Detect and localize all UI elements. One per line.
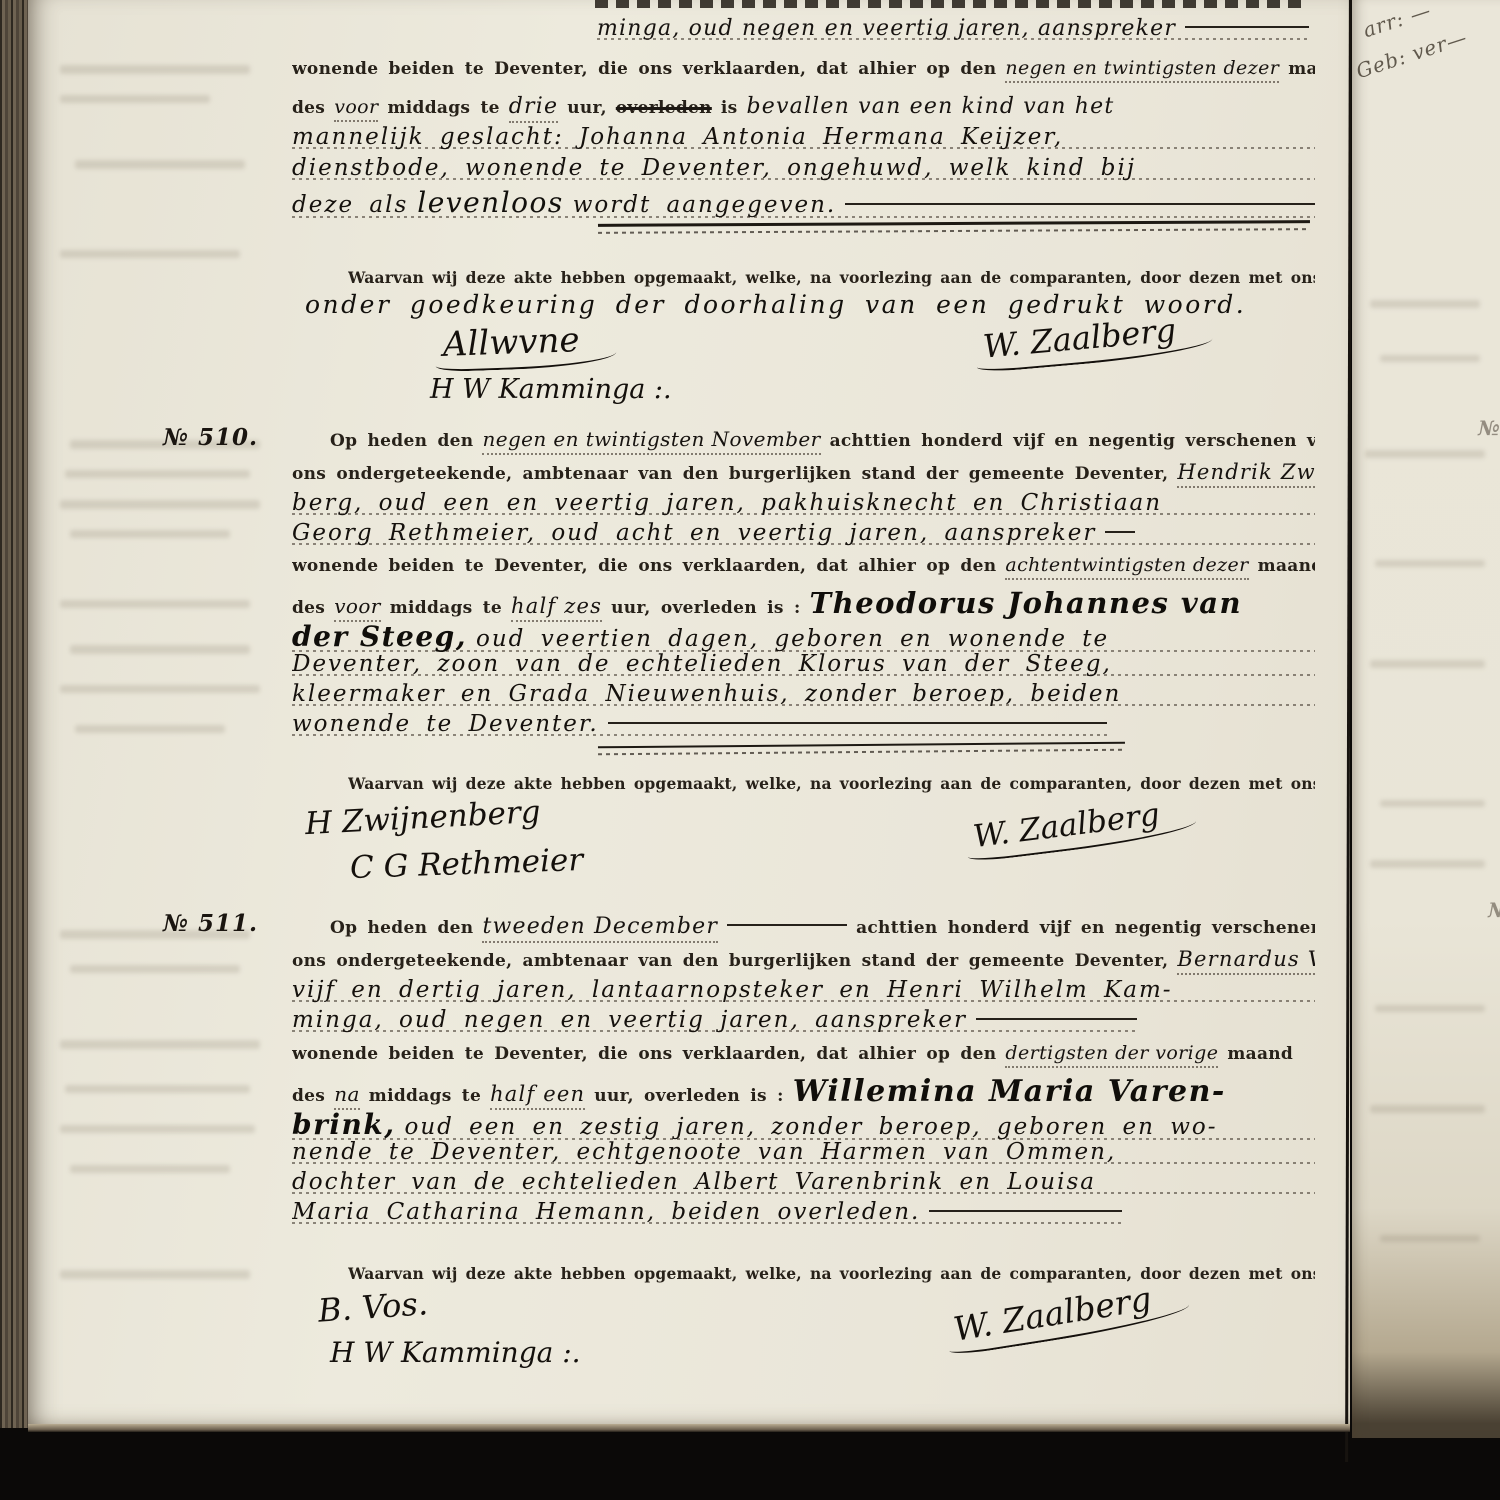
akte-511-line-10: Maria Catharina Hemann, beiden overleden…: [292, 1199, 1122, 1225]
akte-510-line-9: kleermaker en Grada Nieuwenhuis, zonder …: [292, 681, 1315, 707]
handwritten-text: oud een en zestig jaren, zonder beroep, …: [404, 1114, 1217, 1140]
akte-510-line-8: Deventer, zoon van de echtelieden Klorus…: [292, 651, 1315, 677]
bleed-through-mark: [70, 645, 250, 654]
handwritten-text: Deventer, zoon van de echtelieden Klorus…: [292, 651, 1112, 677]
akte-510-line-2: ons ondergeteekende, ambtenaar van den b…: [292, 460, 1315, 488]
bleed-through-mark: [60, 1125, 255, 1133]
akte-511-line-4: minga, oud negen en veertig jaren, aansp…: [292, 1007, 1137, 1033]
printed-text: des: [292, 1086, 325, 1106]
akte-511-line-6: des na middags te half een uur, overlede…: [292, 1074, 1315, 1110]
akte-510-line-7: der Steeg, oud veertien dagen, geboren e…: [292, 620, 1315, 653]
handwritten-text: wordt aangegeven.: [573, 192, 836, 218]
handwritten-text: Hendrik Zwijnen-: [1177, 460, 1315, 488]
handwritten-text: wonende te Deventer.: [292, 711, 599, 737]
printed-text: wonende beiden te Deventer, die ons verk…: [292, 59, 996, 79]
handwritten-text: levenloos: [417, 186, 564, 219]
top-entry-line-6: deze als levenloos wordt aangegeven.: [292, 186, 1315, 219]
akte-510-line-4: Georg Rethmeier, oud acht en veertig jar…: [292, 520, 1315, 546]
printed-text: ons ondergeteekende, ambtenaar van den b…: [292, 464, 1168, 484]
top-entry-line-5: dienstbode, wonende te Deventer, ongehuw…: [292, 155, 1315, 181]
bleed-through-mark: [60, 65, 250, 74]
fill-rule: [1105, 531, 1135, 533]
top-entry-line-2: wonende beiden te Deventer, die ons verk…: [292, 57, 1315, 83]
fill-rule: [976, 1018, 1137, 1020]
register-scan: arr: — Geb: ver— № № minga, oud negen en…: [0, 0, 1500, 1500]
bleed-through-mark: [1370, 860, 1485, 868]
printed-text: wonende beiden te Deventer, die ons verk…: [292, 556, 996, 576]
handwritten-text: drie: [509, 94, 558, 123]
bleed-through-mark: [75, 160, 245, 169]
handwritten-text: onder goedkeuring der doorhaling van een…: [305, 290, 1246, 319]
bleed-through-mark: [1370, 660, 1485, 668]
akte-511-line-2: ons ondergeteekende, ambtenaar van den b…: [292, 947, 1315, 975]
handwritten-text: deze als: [292, 192, 408, 218]
akte-510-line-3: berg, oud een en veertig jaren, pakhuisk…: [292, 490, 1315, 516]
printed-text: is: [721, 98, 738, 118]
handwritten-text: dertigsten der vorige: [1005, 1042, 1218, 1068]
handwritten-text: nende te Deventer, echtgenoote van Harme…: [292, 1139, 1116, 1165]
handwritten-text: minga, oud negen en veertig jaren, aansp…: [597, 16, 1176, 41]
fill-rule: [929, 1210, 1122, 1212]
handwritten-text: negen en twintigsten dezer: [1005, 57, 1279, 83]
printed-text: uur, overleden is :: [594, 1086, 783, 1106]
bleed-through-mark: [1380, 800, 1485, 807]
handwritten-text: bevallen van een kind van het: [746, 94, 1114, 119]
handwritten-text: kleermaker en Grada Nieuwenhuis, zonder …: [292, 681, 1121, 707]
cutoff-line-fragment: [595, 0, 1307, 8]
bleed-through-mark: [60, 95, 210, 103]
akte-511-line-3: vijf en dertig jaren, lantaarnopsteker e…: [292, 977, 1315, 1003]
handwritten-text: Georg Rethmeier, oud acht en veertig jar…: [292, 520, 1096, 546]
printed-text: middags te: [369, 1086, 481, 1106]
printed-text: wonende beiden te Deventer, die ons verk…: [292, 1044, 996, 1064]
handwritten-text: dochter van de echtelieden Albert Varenb…: [292, 1169, 1096, 1195]
handwritten-text: half een: [490, 1082, 585, 1110]
printed-text: ons ondergeteekende, ambtenaar van den b…: [292, 951, 1168, 971]
printed-text: achttien honderd vijf en negentig versch…: [856, 918, 1315, 938]
akte-511-line-1: Op heden den tweeden December achttien h…: [330, 914, 1315, 943]
akte-511-line-7: brink, oud een en zestig jaren, zonder b…: [292, 1108, 1315, 1141]
bleed-through-mark: [1365, 450, 1485, 458]
handwritten-text: minga, oud negen en veertig jaren, aansp…: [292, 1007, 967, 1033]
signature-declarant-1: B. Vos.: [317, 1284, 429, 1330]
printed-text: middags te: [387, 98, 499, 118]
bleed-through-mark: [1380, 1235, 1480, 1242]
printed-text: des: [292, 598, 325, 618]
handwritten-text: half zes: [511, 594, 602, 622]
handwritten-text: achtentwintigsten dezer: [1005, 554, 1248, 580]
akte-510-line-1: Op heden den negen en twintigsten Novemb…: [330, 427, 1315, 455]
handwritten-text: dienstbode, wonende te Deventer, ongehuw…: [292, 155, 1136, 181]
bleed-through-mark: [60, 685, 260, 693]
akte-number-510: № 510.: [163, 424, 258, 451]
blank-rule: [727, 924, 847, 926]
neighbor-page-number-mark: №: [1478, 416, 1500, 440]
handwritten-text: tweeden December: [482, 914, 718, 943]
handwritten-text: berg, oud een en veertig jaren, pakhuisk…: [292, 490, 1162, 516]
printed-text: maand: [1258, 556, 1315, 576]
handwritten-text: Maria Catharina Hemann, beiden overleden…: [292, 1199, 920, 1225]
handwritten-text: oud veertien dagen, geboren en wonende t…: [476, 626, 1109, 652]
handwritten-text: na: [334, 1082, 360, 1110]
printed-text: uur, overleden is :: [611, 598, 800, 618]
bleed-through-mark: [65, 1085, 250, 1093]
bleed-through-mark: [60, 500, 260, 509]
handwritten-text: voor: [334, 96, 378, 122]
bleed-through-mark: [1380, 355, 1480, 362]
handwritten-text: negen en twintigsten November: [482, 427, 820, 455]
handwritten-name-deceased: der Steeg,: [292, 620, 467, 653]
bleed-through-mark: [70, 1165, 230, 1173]
akte-number-511: № 511.: [163, 910, 258, 937]
akte-510-line-5: wonende beiden te Deventer, die ons verk…: [292, 554, 1315, 580]
bleed-through-mark: [1370, 300, 1480, 308]
bleed-through-mark: [65, 470, 250, 478]
neighbor-page-number-mark: №: [1488, 898, 1500, 922]
printed-text: Op heden den: [330, 431, 473, 451]
register-page-right: [1352, 0, 1500, 1438]
signature-declarant-2: H W Kamminga :.: [430, 374, 672, 405]
printed-text: uur,: [567, 98, 607, 118]
akte-510-line-10: wonende te Deventer.: [292, 711, 1107, 737]
top-entry-closing-sentence: Waarvan wij deze akte hebben opgemaakt, …: [348, 268, 1315, 287]
bleed-through-mark: [60, 1040, 260, 1049]
bleed-through-mark: [1375, 1005, 1485, 1012]
handwritten-name-deceased: Willemina Maria Varen-: [793, 1074, 1226, 1109]
printed-text: maand: [1227, 1044, 1293, 1064]
akte-511-line-8: nende te Deventer, echtgenoote van Harme…: [292, 1139, 1315, 1165]
printed-text: middags te: [390, 598, 502, 618]
bleed-through-mark: [60, 250, 240, 258]
book-binding-edge: [0, 0, 28, 1428]
printed-text: Waarvan wij deze akte hebben opgemaakt, …: [348, 268, 1315, 287]
bleed-through-mark: [70, 965, 240, 973]
handwritten-name-deceased: brink,: [292, 1108, 395, 1141]
bleed-through-mark: [75, 725, 225, 733]
printed-text-struck: overleden: [616, 98, 712, 118]
handwritten-text: Bernardus Vos, oud: [1177, 947, 1315, 975]
handwritten-text: mannelijk geslacht: Johanna Antonia Herm…: [292, 124, 1063, 150]
akte-511-line-9: dochter van de echtelieden Albert Varenb…: [292, 1169, 1315, 1195]
bleed-through-mark: [1370, 1105, 1485, 1113]
bleed-through-mark: [60, 1270, 250, 1279]
top-entry-line-3: des voor middags te drie uur, overleden …: [292, 94, 1315, 123]
akte-510-closing-sentence: Waarvan wij deze akte hebben opgemaakt, …: [348, 774, 1315, 793]
bleed-through-mark: [60, 600, 250, 608]
handwritten-text: vijf en dertig jaren, lantaarnopsteker e…: [292, 977, 1173, 1003]
printed-text: maand: [1288, 59, 1315, 79]
top-entry-line-4: mannelijk geslacht: Johanna Antonia Herm…: [292, 124, 1315, 150]
top-entry-line-1: minga, oud negen en veertig jaren, aansp…: [597, 16, 1309, 41]
printed-text: Op heden den: [330, 918, 473, 938]
printed-text: achttien honderd vijf en negentig versch…: [830, 431, 1315, 451]
bleed-through-mark: [70, 530, 230, 538]
printed-text: Waarvan wij deze akte hebben opgemaakt, …: [348, 774, 1315, 793]
handwritten-text: voor: [334, 594, 381, 622]
signature-declarant-2: H W Kamminga :.: [330, 1336, 581, 1369]
akte-511-line-5: wonende beiden te Deventer, die ons verk…: [292, 1042, 1315, 1068]
fill-rule: [845, 203, 1315, 205]
fill-rule: [608, 722, 1107, 724]
page-bottom-edge: [28, 1424, 1350, 1432]
bleed-through-mark: [1375, 560, 1485, 567]
printed-text: des: [292, 98, 325, 118]
handwritten-name-deceased: Theodorus Johannes van: [810, 586, 1243, 620]
akte-510-line-6: des voor middags te half zes uur, overle…: [292, 586, 1315, 622]
fill-rule: [1185, 26, 1309, 28]
